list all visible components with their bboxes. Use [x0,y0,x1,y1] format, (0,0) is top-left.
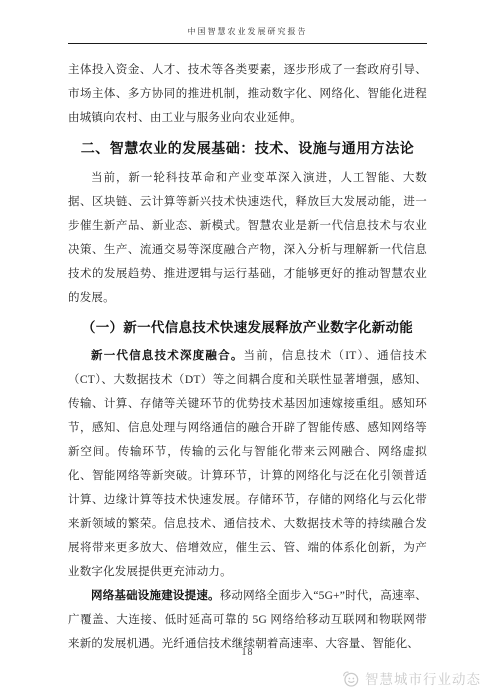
page-number: 18 [0,647,495,658]
paragraph-3-text: 当前，信息技术（IT）、通信技术（CT）、大数据技术（DT）等之间耦合度和关联性… [68,350,427,578]
paragraph-4: 网络基础设施建设提速。移动网络全面步入“5G+”时代，高速率、广覆盖、大连接、低… [68,584,427,656]
report-header-title: 中国智慧农业发展研究报告 [68,26,427,38]
paragraph-1: 主体投入资金、人才、技术等各类要素，逐步形成了一套政府引导、市场主体、多方协同的… [68,58,427,130]
section-heading: 二、智慧农业的发展基础：技术、设施与通用方法论 [68,138,427,162]
page-body: 主体投入资金、人才、技术等各类要素，逐步形成了一套政府引导、市场主体、多方协同的… [68,58,427,656]
paragraph-4-lead: 网络基础设施建设提速。 [91,590,220,602]
paragraph-2: 当前，新一轮科技革命和产业变革深入演进，人工智能、大数据、区块链、云计算等新兴技… [68,166,427,310]
paragraph-3: 新一代信息技术深度融合。当前，信息技术（IT）、通信技术（CT）、大数据技术（D… [68,344,427,584]
header-divider [68,43,427,44]
watermark-text: 智慧城市行业动态 [365,668,481,688]
page-header: 中国智慧农业发展研究报告 [68,26,427,44]
wechat-smiley-icon [341,669,360,688]
document-page: 中国智慧农业发展研究报告 主体投入资金、人才、技术等各类要素，逐步形成了一套政府… [0,0,495,700]
paragraph-3-lead: 新一代信息技术深度融合。 [91,350,244,362]
watermark: 智慧城市行业动态 [341,668,481,688]
subsection-heading: （一）新一代信息技术快速发展释放产业数字化新动能 [68,316,427,340]
